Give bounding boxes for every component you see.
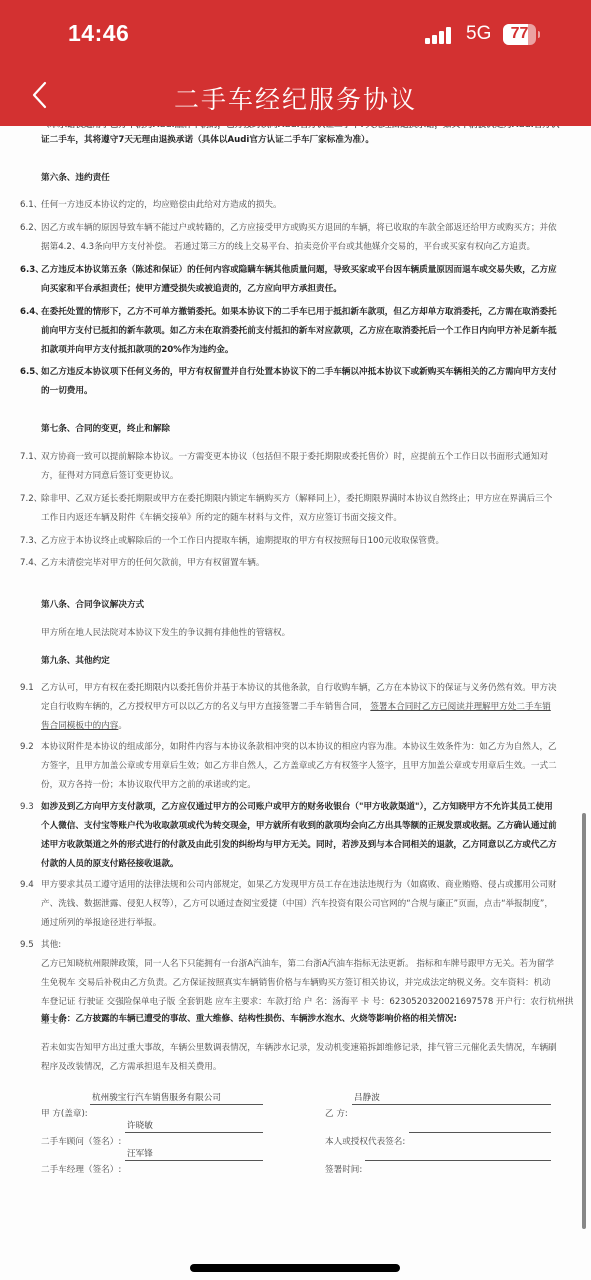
clause-text: 个人微信、支付宝等账户代为收取款项或代为转交现金，甲方就所有收到的款项均会向乙方…: [41, 817, 545, 836]
section-title: 第八条、合同争议解决方式: [41, 596, 144, 615]
clause-text: 向买家和平台承担责任；使甲方遭受损失或被追责的，乙方应向甲方承担责任。: [41, 280, 545, 299]
clause-number: 9.1: [20, 679, 34, 698]
underlined-text: 签署本合同时乙方已阅读并理解甲方处二手车销: [370, 702, 550, 712]
clause-number: 7.3、: [20, 532, 42, 551]
party-a-field: 杭州骏宝行汽车销售服务有限公司: [90, 1089, 263, 1105]
clause-text: 据第4.2、4.3条向甲方支付补偿。 若通过第三方的线上交易平台、拍卖竞价平台或…: [41, 238, 545, 257]
section-title: 第七条、合同的变更，终止和解除: [41, 420, 170, 439]
signature-row: 二手车经理（签名）: 汪军锋 签署时间:: [41, 1161, 551, 1181]
clause-text: 扣款项并向甲方支付抵扣款项的20%作为违约金。: [41, 341, 545, 360]
battery-tip: [538, 31, 540, 38]
clause-number: 7.2、: [20, 490, 42, 509]
clause-number: 9.4: [20, 876, 34, 895]
signal-icon: [425, 26, 455, 44]
clause-number: 9.2: [20, 738, 34, 757]
party-b-value: 吕静波: [354, 1089, 380, 1108]
advisor-field: 许晓敏: [125, 1117, 263, 1133]
rep-signature-field: [409, 1117, 551, 1133]
section-title: 第十条：乙方披露的车辆已遭受的事故、重大维修、结构性损伤、车辆涉水泡水、火烧等影…: [41, 1010, 457, 1029]
clause-text: 甲方所在地人民法院对本协议下发生的争议拥有排他性的管辖权。: [41, 624, 290, 643]
clause-text: 通过所列的举报途径进行举报。: [41, 914, 545, 933]
clause-text: 付款的人员的原支付路径接收退款。: [41, 855, 545, 874]
text-line: 证二手车，其将遵守7天无理由退换承诺（具体以Audi官方认证二手车厂家标准为准）…: [41, 131, 374, 150]
clause-text: 的一切费用。: [41, 382, 545, 401]
battery-icon: 77: [503, 24, 536, 45]
clause-number: 9.5: [20, 936, 34, 955]
clause-text: 程序及改装情况，乙方需承担退车及相关费用。: [41, 1058, 221, 1077]
clause-text: 乙方认可，甲方有权在委托期限内以委托售价并基于本协议的其他条款，自行收购车辆，乙…: [41, 679, 545, 698]
date-field: [365, 1145, 551, 1161]
page-title: 二手车经纪服务协议: [0, 80, 591, 116]
manager-value: 汪军锋: [127, 1145, 153, 1164]
date-label: 签署时间:: [325, 1161, 362, 1180]
status-time: 14:46: [68, 20, 129, 47]
section-title: 第六条、违约责任: [41, 169, 110, 188]
clause-text: 乙方违反本协议第五条（陈述和保证）的任何内容或隐瞒车辆其他质量问题，导致买家或平…: [41, 261, 545, 280]
clause-number: 7.4、: [20, 554, 42, 573]
network-type: 5G: [466, 23, 491, 45]
clause-text: 定自行收购车辆的，乙方授权甲方可以以乙方的名义与甲方直接签署二手车销售合同，: [41, 702, 368, 712]
nav-bar: 二手车经纪服务协议: [0, 60, 591, 126]
clause-text: 如乙方违反本协议项下任何义务的，甲方有权留置并自行处置本协议下的二手车辆以冲抵本…: [41, 363, 545, 382]
clause-text: 若未如实告知甲方出过重大事故，车辆公里数调表情况，车辆涉水记录，发动机变速箱拆卸…: [41, 1039, 557, 1058]
clause-text: 乙方已知晓杭州限牌政策，同一人名下只能拥有一台浙A汽油车，第二台浙A汽油车指标无…: [41, 955, 545, 974]
clause-text: 任何一方违反本协议约定的，均应赔偿由此给对方造成的损失。: [41, 196, 545, 215]
clause-text: 双方协商一致可以提前解除本协议。一方需变更本协议（包括但不限于委托期限或委托售价…: [41, 448, 545, 467]
advisor-label: 二手车顾问（签名）:: [41, 1133, 121, 1152]
clause-text: 产、洗钱、数据泄露、侵犯人权等），乙方可以通过查阅宝爱捷（中国）汽车投资有限公司…: [41, 895, 545, 914]
clause-text: 因乙方或车辆的原因导致车辆不能过户或转籍的，乙方应接受甲方或购买方退回的车辆，将…: [41, 219, 545, 238]
clause-number: 6.1、: [20, 196, 42, 215]
underlined-text: 售合同模板中的内容: [41, 721, 118, 731]
party-b-label: 乙 方:: [325, 1105, 348, 1124]
clause-text: 甲方要求其员工遵守适用的法律法规和公司内部规定，如果乙方发现甲方员工存在违法违规…: [41, 876, 545, 895]
agreement-document[interactable]: （本承诺仅适用于已方车辆为Audi品牌车辆的，已方按约以向Audi官方认证二手车…: [0, 118, 591, 1280]
app-header: 14:46 5G 77 二手车经纪服务协议: [0, 0, 591, 126]
clause-text: 本协议附件是本协议的组成部分，如附件内容与本协议条款相冲突的以本协议的相应内容为…: [41, 738, 545, 757]
manager-label: 二手车经理（签名）:: [41, 1161, 121, 1180]
clause-text: 工作日内返还车辆及附件《车辆交接单》所约定的随车材料与文件，双方应签订书面交接文…: [41, 509, 545, 528]
clause-text: 前向甲方支付已抵扣的新车款项。如乙方未在取消委托前支付抵扣的新车对应款项，乙方应…: [41, 322, 545, 341]
clause-text: 除非甲、乙双方延长委托期限或甲方在委托期限内锁定车辆购买方（解释同上），委托期限…: [41, 490, 545, 509]
clause-number: 7.1、: [20, 448, 42, 467]
section-title: 第九条、其他约定: [41, 652, 110, 671]
clause-text: 乙方应于本协议终止或解除后的一个工作日内提取车辆，逾期提取的甲方有权按照每日10…: [41, 532, 545, 551]
clause-text: 乙方未清偿完毕对甲方的任何欠款前，甲方有权留置车辆。: [41, 554, 545, 573]
manager-field: 汪军锋: [125, 1145, 263, 1161]
clause-text: 方，征得对方同意后签订变更协议。: [41, 467, 545, 486]
clause-text: 如涉及到乙方向甲方支付款项，乙方应仅通过甲方的公司账户或甲方的财务收银台（"甲方…: [41, 798, 545, 817]
clause-text: 方签字，且甲方加盖公章或专用章后生效；如乙方非自然人，乙方盖章或乙方有权签字人签…: [41, 757, 545, 776]
party-b-field: 吕静波: [352, 1089, 551, 1105]
clause-text: 份，双方各持一份；本协议取代甲方之前的承诺或约定。: [41, 776, 545, 795]
party-a-label: 甲 方(盖章):: [41, 1105, 88, 1124]
status-bar: 14:46 5G 77: [0, 0, 591, 60]
clause-text: 述甲方收款渠道之外的形式进行的付款及由此引发的纠纷均与甲方无关。同时，若涉及到与…: [41, 836, 545, 855]
clause-text: 其他:: [41, 936, 545, 955]
advisor-value: 许晓敏: [127, 1117, 153, 1136]
clause-number: 9.3: [20, 798, 34, 817]
vertical-scrollbar[interactable]: [582, 813, 586, 1229]
home-indicator[interactable]: [190, 1264, 400, 1272]
battery-percent: 77: [503, 25, 536, 43]
clause-text: 生免税车 交易后补税由乙方负责。乙方保证按照真实车辆销售价格与车辆购买方签订相关…: [41, 974, 545, 993]
punctuation: 。: [118, 721, 127, 731]
clause-text: 在委托处置的情形下，乙方不可单方撤销委托。如果本协议下的二手车已用于抵扣新车款项…: [41, 303, 545, 322]
clause-number: 6.2、: [20, 219, 42, 238]
party-a-value: 杭州骏宝行汽车销售服务有限公司: [92, 1089, 221, 1108]
